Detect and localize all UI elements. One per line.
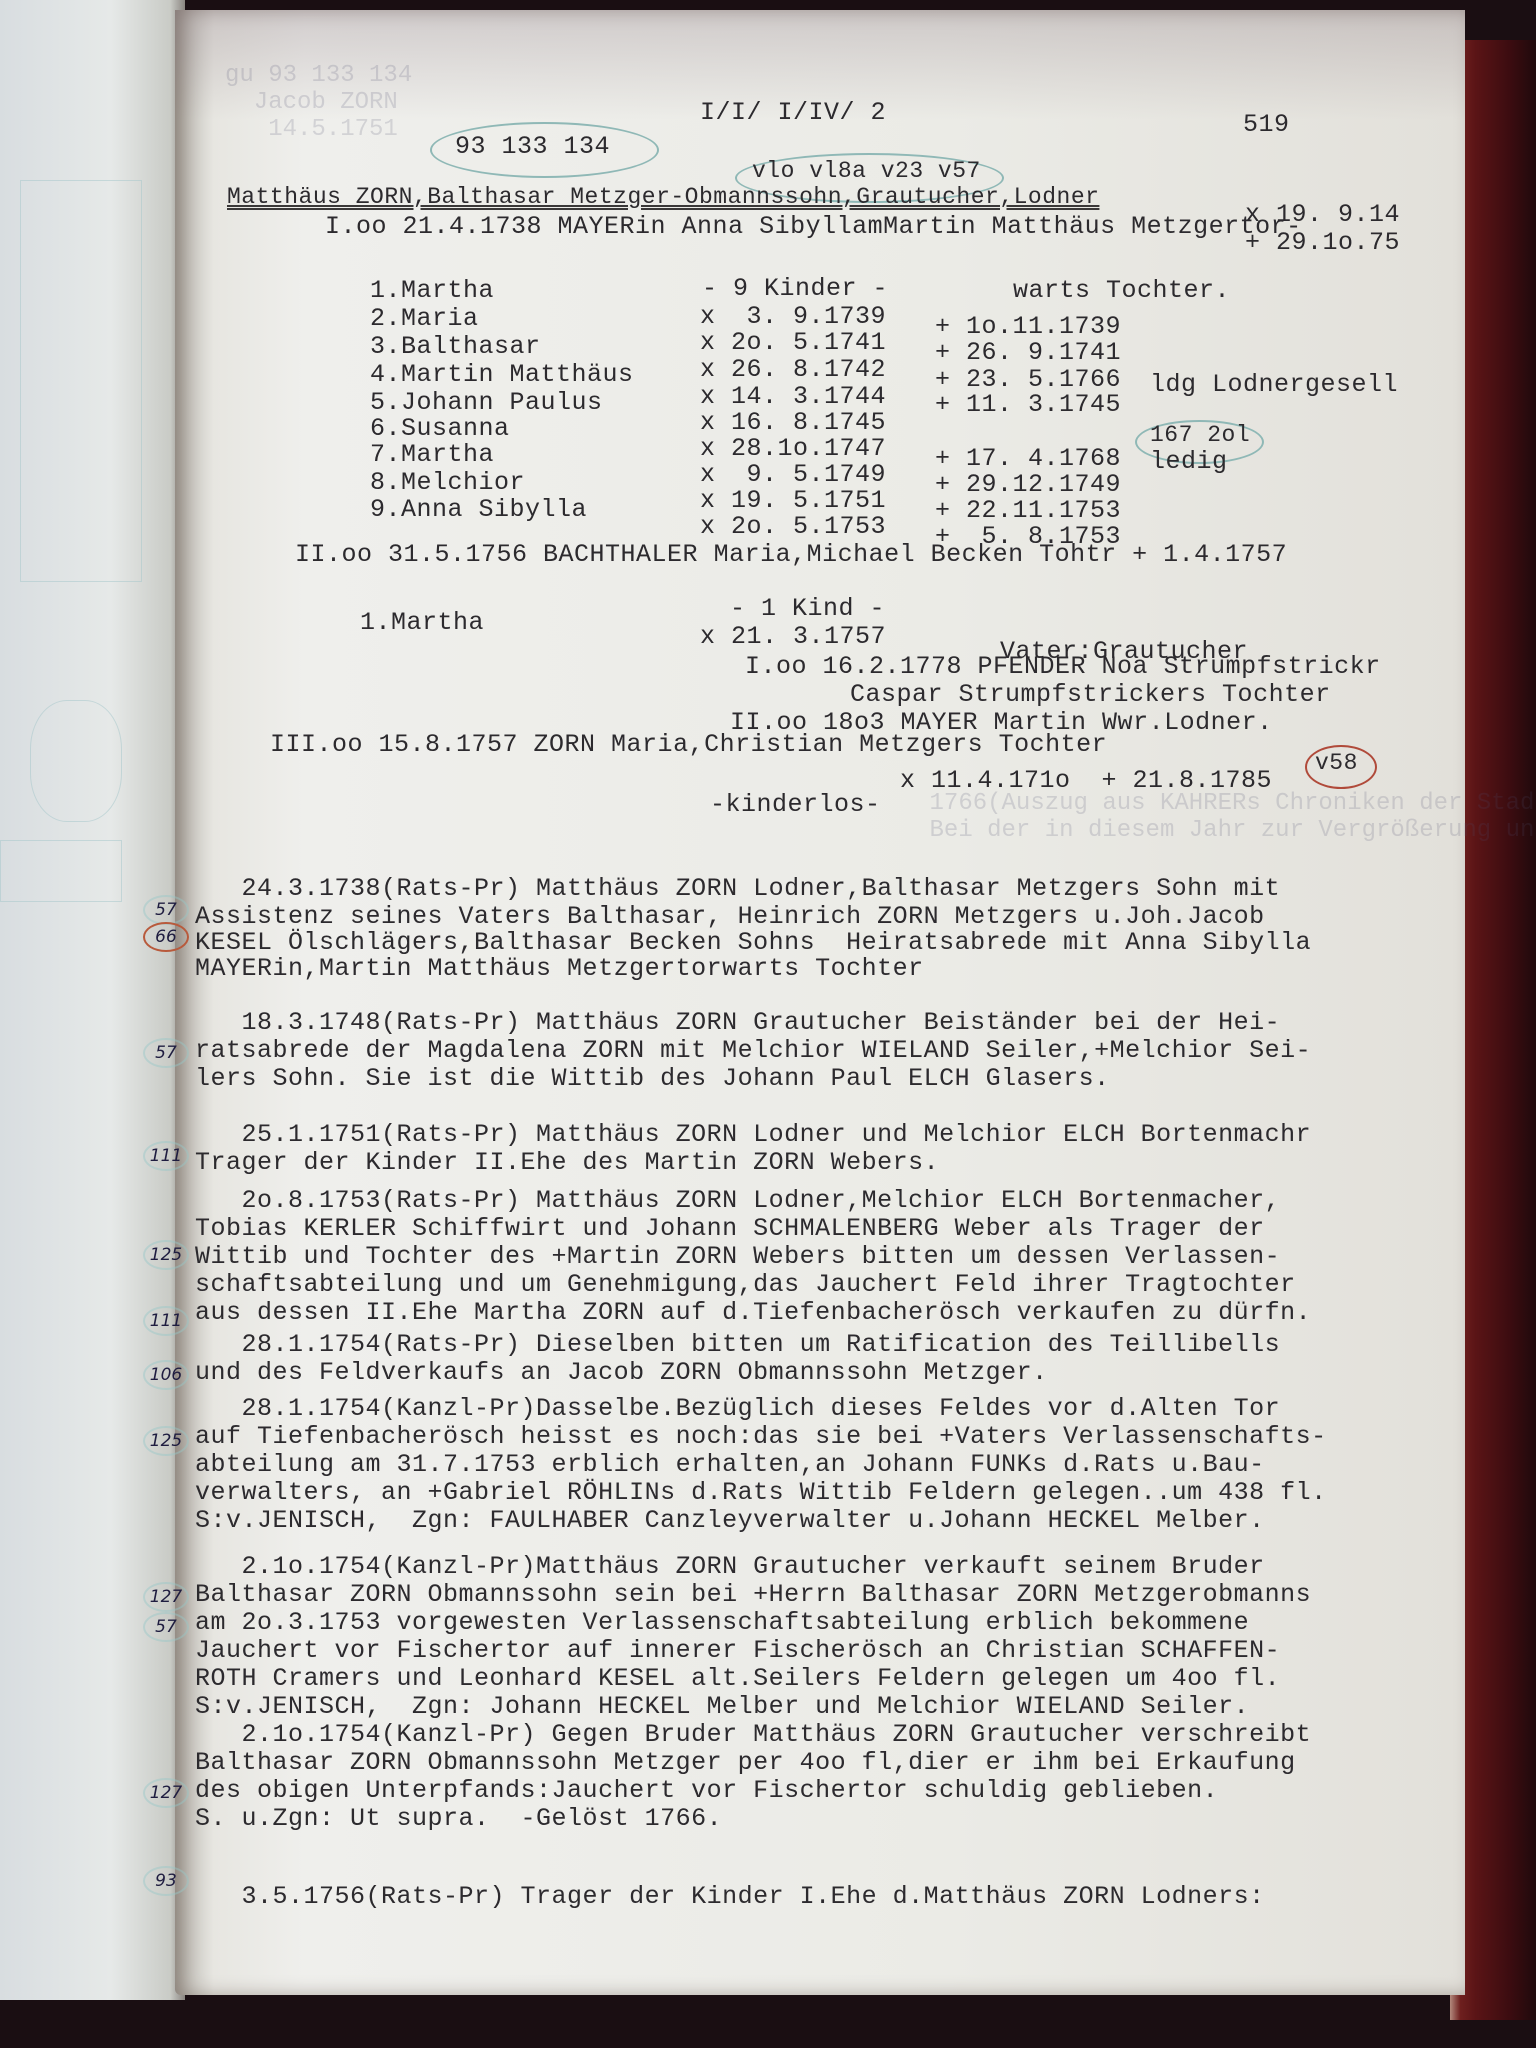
marriage-1-line-cont: warts Tochter. — [1013, 276, 1230, 305]
left-facing-page — [0, 0, 185, 2000]
child-name: 9.Anna Sibylla — [370, 495, 587, 524]
margin-ref: 106 — [145, 1362, 187, 1388]
margin-ref: 57 — [145, 1614, 187, 1640]
entry-line: Wittib und Tochter des +Martin ZORN Webe… — [195, 1242, 1280, 1271]
entry-line: 18.3.1748(Rats-Pr) Matthäus ZORN Grautuc… — [195, 1008, 1280, 1037]
person-title: Matthäus ZORN,Balthasar Metzger-Obmannss… — [227, 184, 1099, 210]
family-tree-sketch — [0, 840, 122, 902]
entry-line: und des Feldverkaufs an Jacob ZORN Obman… — [195, 1358, 1048, 1387]
child-died: + 22.11.1753 — [935, 496, 1121, 525]
child-name: 6.Susanna — [370, 414, 510, 443]
child-note: ldg Lodnergesell — [1150, 370, 1398, 399]
children-heading: - 9 Kinder - — [702, 274, 888, 303]
child-born: x 14. 3.1744 — [700, 382, 886, 411]
child-died: + 11. 3.1745 — [935, 390, 1121, 419]
child-name: 2.Maria — [370, 304, 479, 333]
child-note: Caspar Strumpfstrickers Tochter — [850, 680, 1331, 709]
entry-line: schaftsabteilung und um Genehmigung,das … — [195, 1270, 1296, 1299]
child-born: x 19. 5.1751 — [700, 486, 886, 515]
child-born: x 26. 8.1742 — [700, 355, 886, 384]
entry-line: lers Sohn. Sie ist die Wittib des Johann… — [195, 1064, 1110, 1093]
entry-line: 28.1.1754(Rats-Pr) Dieselben bitten um R… — [195, 1330, 1280, 1359]
child-born: x 28.1o.1747 — [700, 434, 886, 463]
archive-reference: I/I/ I/IV/ 2 — [700, 98, 886, 127]
margin-ref: 127 — [145, 1584, 187, 1610]
child-name: 1.Martha — [360, 608, 484, 637]
family-tree-sketch — [30, 700, 122, 822]
margin-ref: 66 — [145, 924, 187, 950]
circled-note-text: 167 2ol — [1150, 422, 1250, 448]
entry-line: Balthasar ZORN Obmannssohn Metzger per 4… — [195, 1748, 1296, 1777]
entry-line: aus dessen II.Ehe Martha ZORN auf d.Tief… — [195, 1298, 1311, 1327]
margin-ref: 125 — [145, 1242, 187, 1268]
entry-line: 28.1.1754(Kanzl-Pr)Dasselbe.Bezüglich di… — [195, 1394, 1280, 1423]
child-note: ledig — [1150, 447, 1228, 476]
entry-line: S. u.Zgn: Ut supra. -Gelöst 1766. — [195, 1804, 722, 1833]
entry-line: Assistenz seines Vaters Balthasar, Heinr… — [195, 902, 1265, 931]
entry-line: ROTH Cramers und Leonhard KESEL alt.Seil… — [195, 1664, 1280, 1693]
circled-ref-v58: v58 — [1315, 750, 1358, 776]
entry-line: 2.1o.1754(Kanzl-Pr)Matthäus ZORN Grautuc… — [195, 1552, 1265, 1581]
entry-line: 25.1.1751(Rats-Pr) Matthäus ZORN Lodner … — [195, 1120, 1311, 1149]
child-died: + 1o.11.1739 — [935, 312, 1121, 341]
margin-ref: 127 — [145, 1780, 187, 1806]
entry-line: am 2o.3.1753 vorgewesten Verlassenschaft… — [195, 1608, 1249, 1637]
marriage-2-line: II.oo 31.5.1756 BACHTHALER Maria,Michael… — [295, 540, 1287, 569]
child-name: 5.Johann Paulus — [370, 388, 603, 417]
document-page: gu 93 133 134 Jacob ZORN 14.5.1751 1766(… — [175, 10, 1465, 1995]
child-died: + 17. 4.1768 — [935, 444, 1121, 473]
marriage-3-line: III.oo 15.8.1757 ZORN Maria,Christian Me… — [270, 730, 1107, 759]
entry-line: Jauchert vor Fischertor auf innerer Fisc… — [195, 1636, 1280, 1665]
entry-line: verwalters, an +Gabriel RÖHLINs d.Rats W… — [195, 1478, 1327, 1507]
entry-line: abteilung am 31.7.1753 erblich erhalten,… — [195, 1450, 1265, 1479]
child-died: + 29.12.1749 — [935, 470, 1121, 499]
entry-line: Tobias KERLER Schiffwirt und Johann SCHM… — [195, 1214, 1265, 1243]
entry-line: 3.5.1756(Rats-Pr) Trager der Kinder I.Eh… — [195, 1882, 1265, 1911]
entry-line: S:v.JENISCH, Zgn: FAULHABER Canzleyverwa… — [195, 1506, 1265, 1535]
bleed-through-text: gu 93 133 134 Jacob ZORN 14.5.1751 — [225, 62, 412, 143]
child-born: x 2o. 5.1753 — [700, 512, 886, 541]
child-born: x 9. 5.1749 — [700, 460, 886, 489]
child-born: x 21. 3.1757 — [700, 622, 886, 651]
entry-line: 2.1o.1754(Kanzl-Pr) Gegen Bruder Matthäu… — [195, 1720, 1311, 1749]
child-name: 3.Balthasar — [370, 332, 541, 361]
circled-refs-right: vlo vl8a v23 v57 — [752, 158, 981, 184]
child-note: I.oo 16.2.1778 PFENDER Noa Strumpfstrick… — [745, 652, 1381, 681]
entry-line: des obigen Unterpfands:Jauchert vor Fisc… — [195, 1776, 1218, 1805]
marriage-3-dates: x 11.4.171o + 21.8.1785 — [900, 766, 1272, 795]
child-born: x 2o. 5.1741 — [700, 328, 886, 357]
child-name: 7.Martha — [370, 440, 494, 469]
margin-ref: 57 — [145, 897, 187, 923]
child-name: 1.Martha — [370, 276, 494, 305]
margin-ref: 57 — [145, 1040, 187, 1066]
margin-ref: 111 — [145, 1308, 187, 1334]
margin-ref: 93 — [145, 1868, 187, 1894]
marriage-1-line: I.oo 21.4.1738 MAYERin Anna SibyllamMart… — [325, 212, 1302, 241]
entry-line: 2o.8.1753(Rats-Pr) Matthäus ZORN Lodner,… — [195, 1186, 1280, 1215]
kinderlos-note: -kinderlos- — [710, 790, 881, 819]
entry-line: Trager der Kinder II.Ehe des Martin ZORN… — [195, 1148, 939, 1177]
child-name: 8.Melchior — [370, 468, 525, 497]
page-number: 519 — [1243, 110, 1290, 139]
entry-line: auf Tiefenbacherösch heisst es noch:das … — [195, 1422, 1327, 1451]
entry-line: Balthasar ZORN Obmannssohn sein bei +Her… — [195, 1580, 1311, 1609]
child-born: x 3. 9.1739 — [700, 302, 886, 331]
child-name: 4.Martin Matthäus — [370, 360, 634, 389]
family-tree-sketch — [20, 180, 142, 582]
circled-refs-left: 93 133 134 — [455, 132, 610, 161]
entry-line: MAYERin,Martin Matthäus Metzgertorwarts … — [195, 954, 924, 983]
children-heading: - 1 Kind - — [730, 594, 885, 623]
child-died: + 26. 9.1741 — [935, 338, 1121, 367]
entry-line: S:v.JENISCH, Zgn: Johann HECKEL Melber u… — [195, 1692, 1249, 1721]
entry-line: 24.3.1738(Rats-Pr) Matthäus ZORN Lodner,… — [195, 874, 1280, 903]
margin-ref: 111 — [145, 1143, 187, 1169]
entry-line: KESEL Ölschlägers,Balthasar Becken Sohns… — [195, 928, 1311, 957]
child-born: x 16. 8.1745 — [700, 408, 886, 437]
entry-line: ratsabrede der Magdalena ZORN mit Melchi… — [195, 1036, 1311, 1065]
margin-ref: 125 — [145, 1428, 187, 1454]
